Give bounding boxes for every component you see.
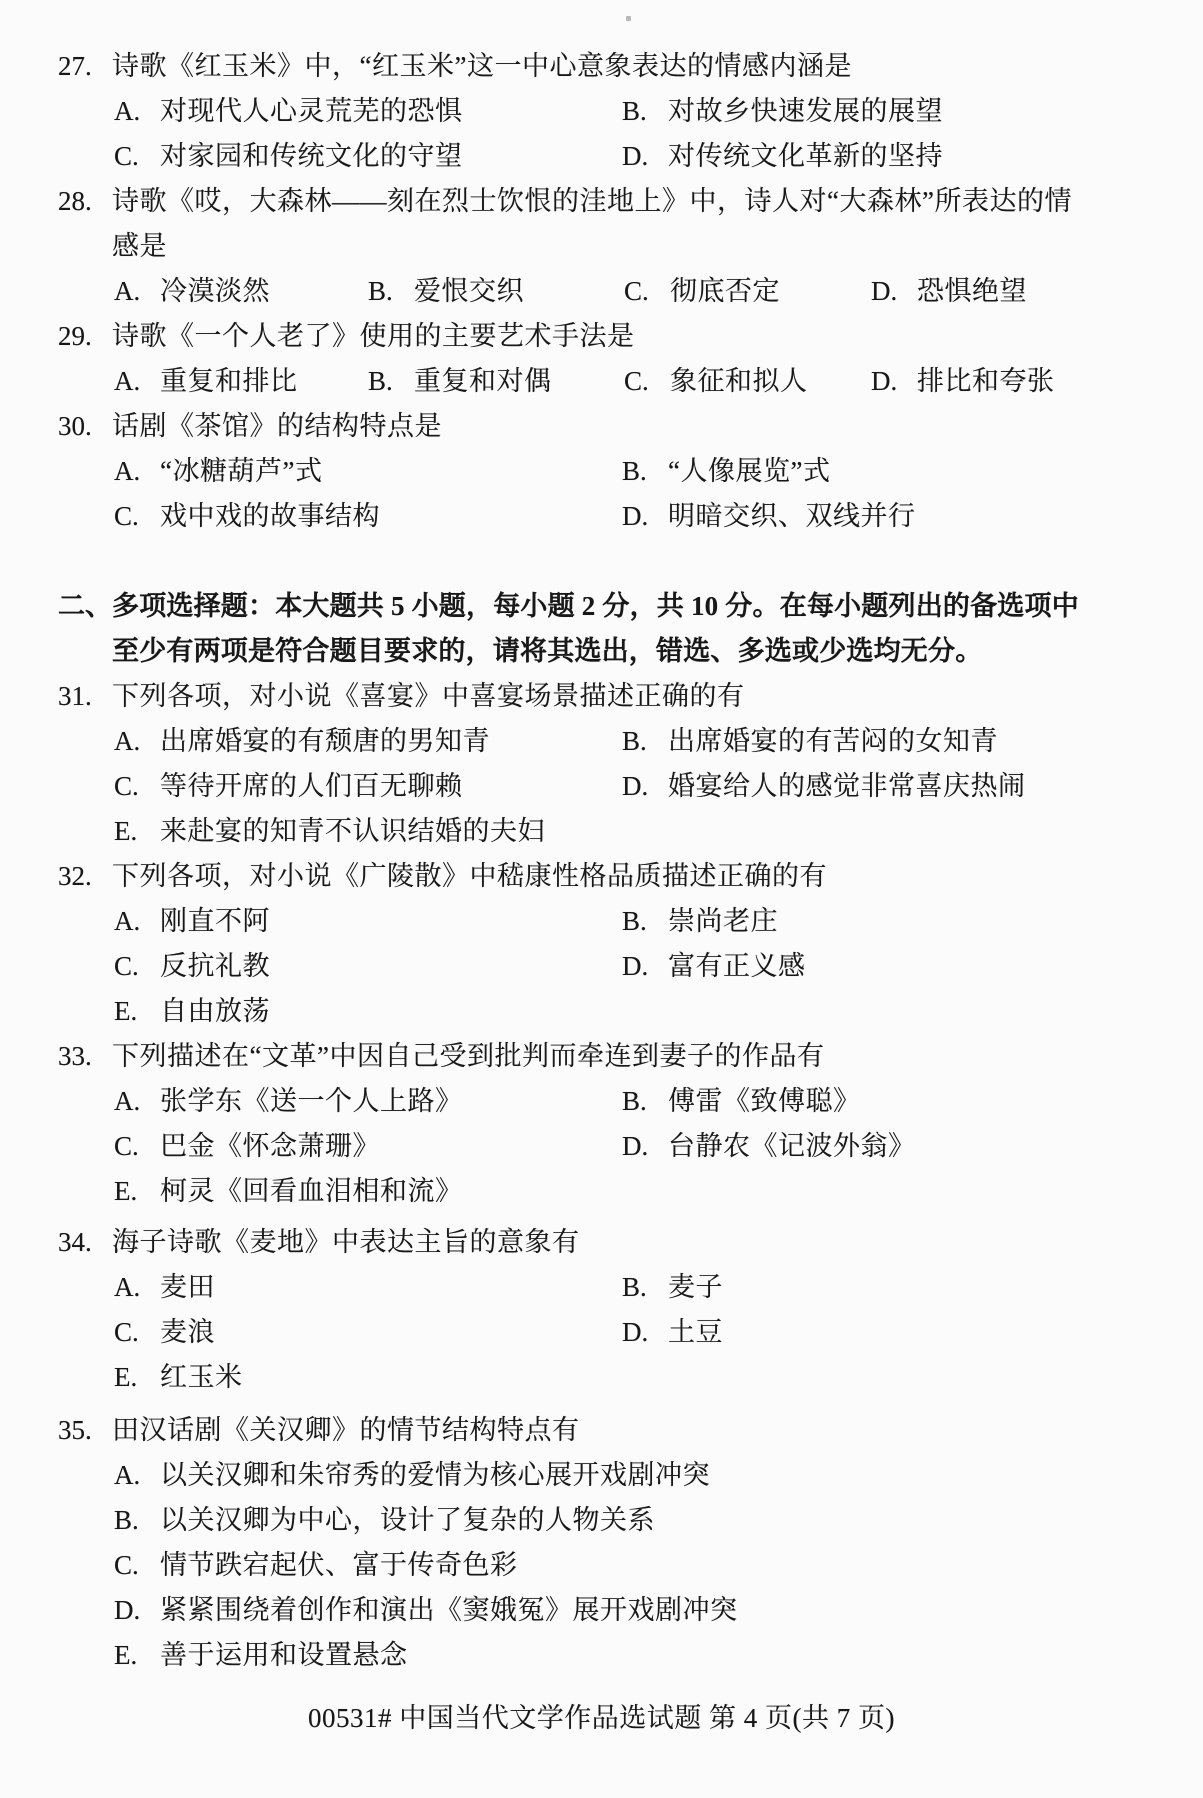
option-32-d: D.富有正义感 xyxy=(622,944,806,989)
option-text: 麦田 xyxy=(160,1272,215,1302)
option-label: B. xyxy=(368,359,414,404)
option-34-c: C.麦浪 xyxy=(114,1310,215,1355)
option-34-e: E.红玉米 xyxy=(114,1355,243,1400)
question-stem-text: 诗歌《哎，大森林——刻在烈士饮恨的洼地上》中，诗人对“大森林”所表达的情 xyxy=(112,179,1072,224)
question-35: 35. 田汉话剧《关汉卿》的情节结构特点有 A.以关汉卿和朱帘秀的爱情为核心展开… xyxy=(0,1408,1203,1678)
option-label: C. xyxy=(114,1310,160,1355)
option-label: D. xyxy=(622,1124,668,1169)
option-label: E. xyxy=(114,1169,160,1214)
section-2-header: 二、 多项选择题：本大题共 5 小题，每小题 2 分，共 10 分。在每小题列出… xyxy=(0,584,1203,674)
option-text: 对传统文化革新的坚持 xyxy=(668,141,943,171)
option-text: 麦子 xyxy=(668,1272,723,1302)
option-29-d: D.排比和夸张 xyxy=(871,359,1055,404)
question-29-stem: 29. 诗歌《一个人老了》使用的主要艺术手法是 xyxy=(0,314,1203,359)
question-stem-text: 诗歌《一个人老了》使用的主要艺术手法是 xyxy=(112,314,635,359)
question-33-options-row-1: A.张学东《送一个人上路》 B.傅雷《致傅聪》 xyxy=(0,1079,1203,1124)
question-number: 35. xyxy=(58,1408,92,1453)
option-text: 紧紧围绕着创作和演出《窦娥冤》展开戏剧冲突 xyxy=(160,1595,738,1625)
question-35-options-row-2: B.以关汉卿为中心，设计了复杂的人物关系 xyxy=(0,1498,1203,1543)
option-34-b: B.麦子 xyxy=(622,1265,723,1310)
option-label: A. xyxy=(114,89,160,134)
question-28-stem: 28. 诗歌《哎，大森林——刻在烈士饮恨的洼地上》中，诗人对“大森林”所表达的情 xyxy=(0,179,1203,224)
option-text: 傅雷《致傅聪》 xyxy=(668,1086,861,1116)
option-34-d: D.土豆 xyxy=(622,1310,723,1355)
question-30: 30. 话剧《茶馆》的结构特点是 A.“冰糖葫芦”式 B.“人像展览”式 C.戏… xyxy=(0,404,1203,539)
option-label: C. xyxy=(114,1543,160,1588)
option-label: D. xyxy=(871,359,917,404)
option-label: D. xyxy=(114,1588,160,1633)
option-label: A. xyxy=(114,1079,160,1124)
question-33-options-row-3: E.柯灵《回看血泪相和流》 xyxy=(0,1169,1203,1214)
question-32-options-row-2: C.反抗礼教 D.富有正义感 xyxy=(0,944,1203,989)
option-text: 以关汉卿为中心，设计了复杂的人物关系 xyxy=(160,1505,655,1535)
question-number: 27. xyxy=(58,44,92,89)
question-number: 34. xyxy=(58,1220,92,1265)
option-34-a: A.麦田 xyxy=(114,1265,215,1310)
question-33-stem: 33. 下列描述在“文革”中因自己受到批判而牵连到妻子的作品有 xyxy=(0,1034,1203,1079)
question-number: 31. xyxy=(58,674,92,719)
option-label: D. xyxy=(622,944,668,989)
question-34-options-row-1: A.麦田 B.麦子 xyxy=(0,1265,1203,1310)
option-text: 冷漠淡然 xyxy=(160,276,270,306)
question-30-options-row-2: C.戏中戏的故事结构 D.明暗交织、双线并行 xyxy=(0,494,1203,539)
option-text: 对现代人心灵荒芜的恐惧 xyxy=(160,96,463,126)
option-35-b: B.以关汉卿为中心，设计了复杂的人物关系 xyxy=(114,1498,655,1543)
option-text: 台静农《记波外翁》 xyxy=(668,1131,916,1161)
option-32-b: B.崇尚老庄 xyxy=(622,899,778,944)
option-29-a: A.重复和排比 xyxy=(114,359,298,404)
option-text: 等待开席的人们百无聊赖 xyxy=(160,771,463,801)
option-text: 爱恨交织 xyxy=(414,276,524,306)
option-28-c: C.彻底否定 xyxy=(624,269,780,314)
question-stem-text: 诗歌《红玉米》中，“红玉米”这一中心意象表达的情感内涵是 xyxy=(112,44,852,89)
option-label: A. xyxy=(114,269,160,314)
section-text: 多项选择题：本大题共 5 小题，每小题 2 分，共 10 分。在每小题列出的备选… xyxy=(112,584,1079,629)
question-stem-text: 话剧《茶馆》的结构特点是 xyxy=(112,404,442,449)
option-label: B. xyxy=(622,89,668,134)
option-text: 张学东《送一个人上路》 xyxy=(160,1086,463,1116)
question-35-stem: 35. 田汉话剧《关汉卿》的情节结构特点有 xyxy=(0,1408,1203,1453)
option-33-e: E.柯灵《回看血泪相和流》 xyxy=(114,1169,463,1214)
option-text: 情节跌宕起伏、富于传奇色彩 xyxy=(160,1550,518,1580)
option-label: C. xyxy=(114,134,160,179)
option-31-a: A.出席婚宴的有颓唐的男知青 xyxy=(114,719,490,764)
question-number: 28. xyxy=(58,179,92,224)
option-29-c: C.象征和拟人 xyxy=(624,359,808,404)
option-label: E. xyxy=(114,809,160,854)
option-text: 象征和拟人 xyxy=(670,366,808,396)
option-text: 婚宴给人的感觉非常喜庆热闹 xyxy=(668,771,1026,801)
question-34: 34. 海子诗歌《麦地》中表达主旨的意象有 A.麦田 B.麦子 C.麦浪 D.土… xyxy=(0,1220,1203,1400)
question-32-stem: 32. 下列各项，对小说《广陵散》中嵇康性格品质描述正确的有 xyxy=(0,854,1203,899)
question-28-stem-cont: 感是 xyxy=(0,224,1203,269)
scan-speck xyxy=(626,16,631,21)
option-27-d: D.对传统文化革新的坚持 xyxy=(622,134,943,179)
option-35-c: C.情节跌宕起伏、富于传奇色彩 xyxy=(114,1543,518,1588)
question-32-options-row-3: E.自由放荡 xyxy=(0,989,1203,1034)
option-label: D. xyxy=(622,1310,668,1355)
question-33: 33. 下列描述在“文革”中因自己受到批判而牵连到妻子的作品有 A.张学东《送一… xyxy=(0,1034,1203,1214)
option-text: 重复和排比 xyxy=(160,366,298,396)
option-label: D. xyxy=(622,764,668,809)
option-label: C. xyxy=(114,494,160,539)
option-label: D. xyxy=(871,269,917,314)
option-text: 以关汉卿和朱帘秀的爱情为核心展开戏剧冲突 xyxy=(160,1460,710,1490)
option-label: B. xyxy=(622,1079,668,1124)
section-2-line-2: 至少有两项是符合题目要求的，请将其选出，错选、多选或少选均无分。 xyxy=(0,629,1203,674)
option-label: A. xyxy=(114,1265,160,1310)
option-30-b: B.“人像展览”式 xyxy=(622,449,830,494)
question-31-options-row-1: A.出席婚宴的有颓唐的男知青 B.出席婚宴的有苦闷的女知青 xyxy=(0,719,1203,764)
option-text: 富有正义感 xyxy=(668,951,806,981)
question-33-options-row-2: C.巴金《怀念萧珊》 D.台静农《记波外翁》 xyxy=(0,1124,1203,1169)
question-30-stem: 30. 话剧《茶馆》的结构特点是 xyxy=(0,404,1203,449)
question-31-options-row-2: C.等待开席的人们百无聊赖 D.婚宴给人的感觉非常喜庆热闹 xyxy=(0,764,1203,809)
option-label: A. xyxy=(114,899,160,944)
question-27: 27. 诗歌《红玉米》中，“红玉米”这一中心意象表达的情感内涵是 A.对现代人心… xyxy=(0,44,1203,179)
question-30-options-row-1: A.“冰糖葫芦”式 B.“人像展览”式 xyxy=(0,449,1203,494)
option-28-d: D.恐惧绝望 xyxy=(871,269,1027,314)
option-label: C. xyxy=(114,944,160,989)
option-27-a: A.对现代人心灵荒芜的恐惧 xyxy=(114,89,463,134)
option-33-d: D.台静农《记波外翁》 xyxy=(622,1124,916,1169)
option-text: 出席婚宴的有颓唐的男知青 xyxy=(160,726,490,756)
question-35-options-row-1: A.以关汉卿和朱帘秀的爱情为核心展开戏剧冲突 xyxy=(0,1453,1203,1498)
question-28-options-row: A.冷漠淡然 B.爱恨交织 C.彻底否定 D.恐惧绝望 xyxy=(0,269,1203,314)
question-27-options-row-2: C.对家园和传统文化的守望 D.对传统文化革新的坚持 xyxy=(0,134,1203,179)
option-label: B. xyxy=(622,719,668,764)
question-number: 33. xyxy=(58,1034,92,1079)
option-label: E. xyxy=(114,1355,160,1400)
option-28-b: B.爱恨交织 xyxy=(368,269,524,314)
option-label: C. xyxy=(624,359,670,404)
option-text: “人像展览”式 xyxy=(668,456,830,486)
question-number: 32. xyxy=(58,854,92,899)
question-29: 29. 诗歌《一个人老了》使用的主要艺术手法是 A.重复和排比 B.重复和对偶 … xyxy=(0,314,1203,404)
question-27-options-row-1: A.对现代人心灵荒芜的恐惧 B.对故乡快速发展的展望 xyxy=(0,89,1203,134)
option-31-b: B.出席婚宴的有苦闷的女知青 xyxy=(622,719,998,764)
option-text: 柯灵《回看血泪相和流》 xyxy=(160,1176,463,1206)
option-27-b: B.对故乡快速发展的展望 xyxy=(622,89,943,134)
option-33-c: C.巴金《怀念萧珊》 xyxy=(114,1124,380,1169)
option-28-a: A.冷漠淡然 xyxy=(114,269,270,314)
option-text: 巴金《怀念萧珊》 xyxy=(160,1131,380,1161)
question-31-options-row-3: E.来赴宴的知青不认识结婚的夫妇 xyxy=(0,809,1203,854)
question-stem-text: 田汉话剧《关汉卿》的情节结构特点有 xyxy=(112,1408,580,1453)
option-text: 对家园和传统文化的守望 xyxy=(160,141,463,171)
option-label: A. xyxy=(114,1453,160,1498)
page-footer: 00531# 中国当代文学作品选试题 第 4 页(共 7 页) xyxy=(0,1696,1203,1741)
question-35-options-row-3: C.情节跌宕起伏、富于传奇色彩 xyxy=(0,1543,1203,1588)
option-31-d: D.婚宴给人的感觉非常喜庆热闹 xyxy=(622,764,1026,809)
question-stem-text: 下列各项，对小说《广陵散》中嵇康性格品质描述正确的有 xyxy=(112,854,827,899)
question-35-options-row-5: E.善于运用和设置悬念 xyxy=(0,1633,1203,1678)
option-text: 自由放荡 xyxy=(160,996,270,1026)
option-text: 土豆 xyxy=(668,1317,723,1347)
question-32: 32. 下列各项，对小说《广陵散》中嵇康性格品质描述正确的有 A.刚直不阿 B.… xyxy=(0,854,1203,1034)
option-text: 善于运用和设置悬念 xyxy=(160,1640,408,1670)
question-34-stem: 34. 海子诗歌《麦地》中表达主旨的意象有 xyxy=(0,1220,1203,1265)
option-35-d: D.紧紧围绕着创作和演出《窦娥冤》展开戏剧冲突 xyxy=(114,1588,738,1633)
section-number: 二、 xyxy=(58,584,112,629)
option-label: C. xyxy=(114,1124,160,1169)
question-number: 29. xyxy=(58,314,92,359)
question-stem-text: 下列各项，对小说《喜宴》中喜宴场景描述正确的有 xyxy=(112,674,745,719)
question-31: 31. 下列各项，对小说《喜宴》中喜宴场景描述正确的有 A.出席婚宴的有颓唐的男… xyxy=(0,674,1203,854)
option-31-c: C.等待开席的人们百无聊赖 xyxy=(114,764,463,809)
option-text: 反抗礼教 xyxy=(160,951,270,981)
question-31-stem: 31. 下列各项，对小说《喜宴》中喜宴场景描述正确的有 xyxy=(0,674,1203,719)
question-number: 30. xyxy=(58,404,92,449)
question-stem-text: 感是 xyxy=(112,224,167,269)
option-label: B. xyxy=(368,269,414,314)
option-label: A. xyxy=(114,359,160,404)
question-27-stem: 27. 诗歌《红玉米》中，“红玉米”这一中心意象表达的情感内涵是 xyxy=(0,44,1203,89)
section-2-line-1: 二、 多项选择题：本大题共 5 小题，每小题 2 分，共 10 分。在每小题列出… xyxy=(0,584,1203,629)
option-label: B. xyxy=(622,449,668,494)
option-text: 排比和夸张 xyxy=(917,366,1055,396)
option-text: 对故乡快速发展的展望 xyxy=(668,96,943,126)
section-text: 至少有两项是符合题目要求的，请将其选出，错选、多选或少选均无分。 xyxy=(112,629,982,674)
option-label: D. xyxy=(622,134,668,179)
option-label: C. xyxy=(114,764,160,809)
option-text: 重复和对偶 xyxy=(414,366,552,396)
option-33-a: A.张学东《送一个人上路》 xyxy=(114,1079,463,1124)
option-label: E. xyxy=(114,989,160,1034)
option-label: A. xyxy=(114,449,160,494)
question-28: 28. 诗歌《哎，大森林——刻在烈士饮恨的洼地上》中，诗人对“大森林”所表达的情… xyxy=(0,179,1203,314)
option-label: D. xyxy=(622,494,668,539)
option-text: 刚直不阿 xyxy=(160,906,270,936)
option-33-b: B.傅雷《致傅聪》 xyxy=(622,1079,861,1124)
option-text: 明暗交织、双线并行 xyxy=(668,501,916,531)
question-34-options-row-2: C.麦浪 D.土豆 xyxy=(0,1310,1203,1355)
footer-text: 00531# 中国当代文学作品选试题 第 4 页(共 7 页) xyxy=(308,1703,895,1733)
option-30-c: C.戏中戏的故事结构 xyxy=(114,494,380,539)
exam-page: 27. 诗歌《红玉米》中，“红玉米”这一中心意象表达的情感内涵是 A.对现代人心… xyxy=(0,0,1203,1798)
option-label: B. xyxy=(114,1498,160,1543)
option-27-c: C.对家园和传统文化的守望 xyxy=(114,134,463,179)
option-label: C. xyxy=(624,269,670,314)
option-text: 红玉米 xyxy=(160,1362,243,1392)
option-label: E. xyxy=(114,1633,160,1678)
option-text: 崇尚老庄 xyxy=(668,906,778,936)
question-stem-text: 海子诗歌《麦地》中表达主旨的意象有 xyxy=(112,1220,580,1265)
question-35-options-row-4: D.紧紧围绕着创作和演出《窦娥冤》展开戏剧冲突 xyxy=(0,1588,1203,1633)
option-text: 恐惧绝望 xyxy=(917,276,1027,306)
option-text: “冰糖葫芦”式 xyxy=(160,456,322,486)
question-29-options-row: A.重复和排比 B.重复和对偶 C.象征和拟人 D.排比和夸张 xyxy=(0,359,1203,404)
option-29-b: B.重复和对偶 xyxy=(368,359,552,404)
option-label: A. xyxy=(114,719,160,764)
option-label: B. xyxy=(622,899,668,944)
question-34-options-row-3: E.红玉米 xyxy=(0,1355,1203,1400)
option-text: 彻底否定 xyxy=(670,276,780,306)
option-30-a: A.“冰糖葫芦”式 xyxy=(114,449,322,494)
option-32-c: C.反抗礼教 xyxy=(114,944,270,989)
option-31-e: E.来赴宴的知青不认识结婚的夫妇 xyxy=(114,809,545,854)
question-32-options-row-1: A.刚直不阿 B.崇尚老庄 xyxy=(0,899,1203,944)
option-label: B. xyxy=(622,1265,668,1310)
option-35-a: A.以关汉卿和朱帘秀的爱情为核心展开戏剧冲突 xyxy=(114,1453,710,1498)
option-text: 出席婚宴的有苦闷的女知青 xyxy=(668,726,998,756)
option-30-d: D.明暗交织、双线并行 xyxy=(622,494,916,539)
option-text: 戏中戏的故事结构 xyxy=(160,501,380,531)
option-text: 麦浪 xyxy=(160,1317,215,1347)
question-stem-text: 下列描述在“文革”中因自己受到批判而牵连到妻子的作品有 xyxy=(112,1034,824,1079)
option-32-a: A.刚直不阿 xyxy=(114,899,270,944)
option-35-e: E.善于运用和设置悬念 xyxy=(114,1633,408,1678)
option-32-e: E.自由放荡 xyxy=(114,989,270,1034)
option-text: 来赴宴的知青不认识结婚的夫妇 xyxy=(160,816,545,846)
